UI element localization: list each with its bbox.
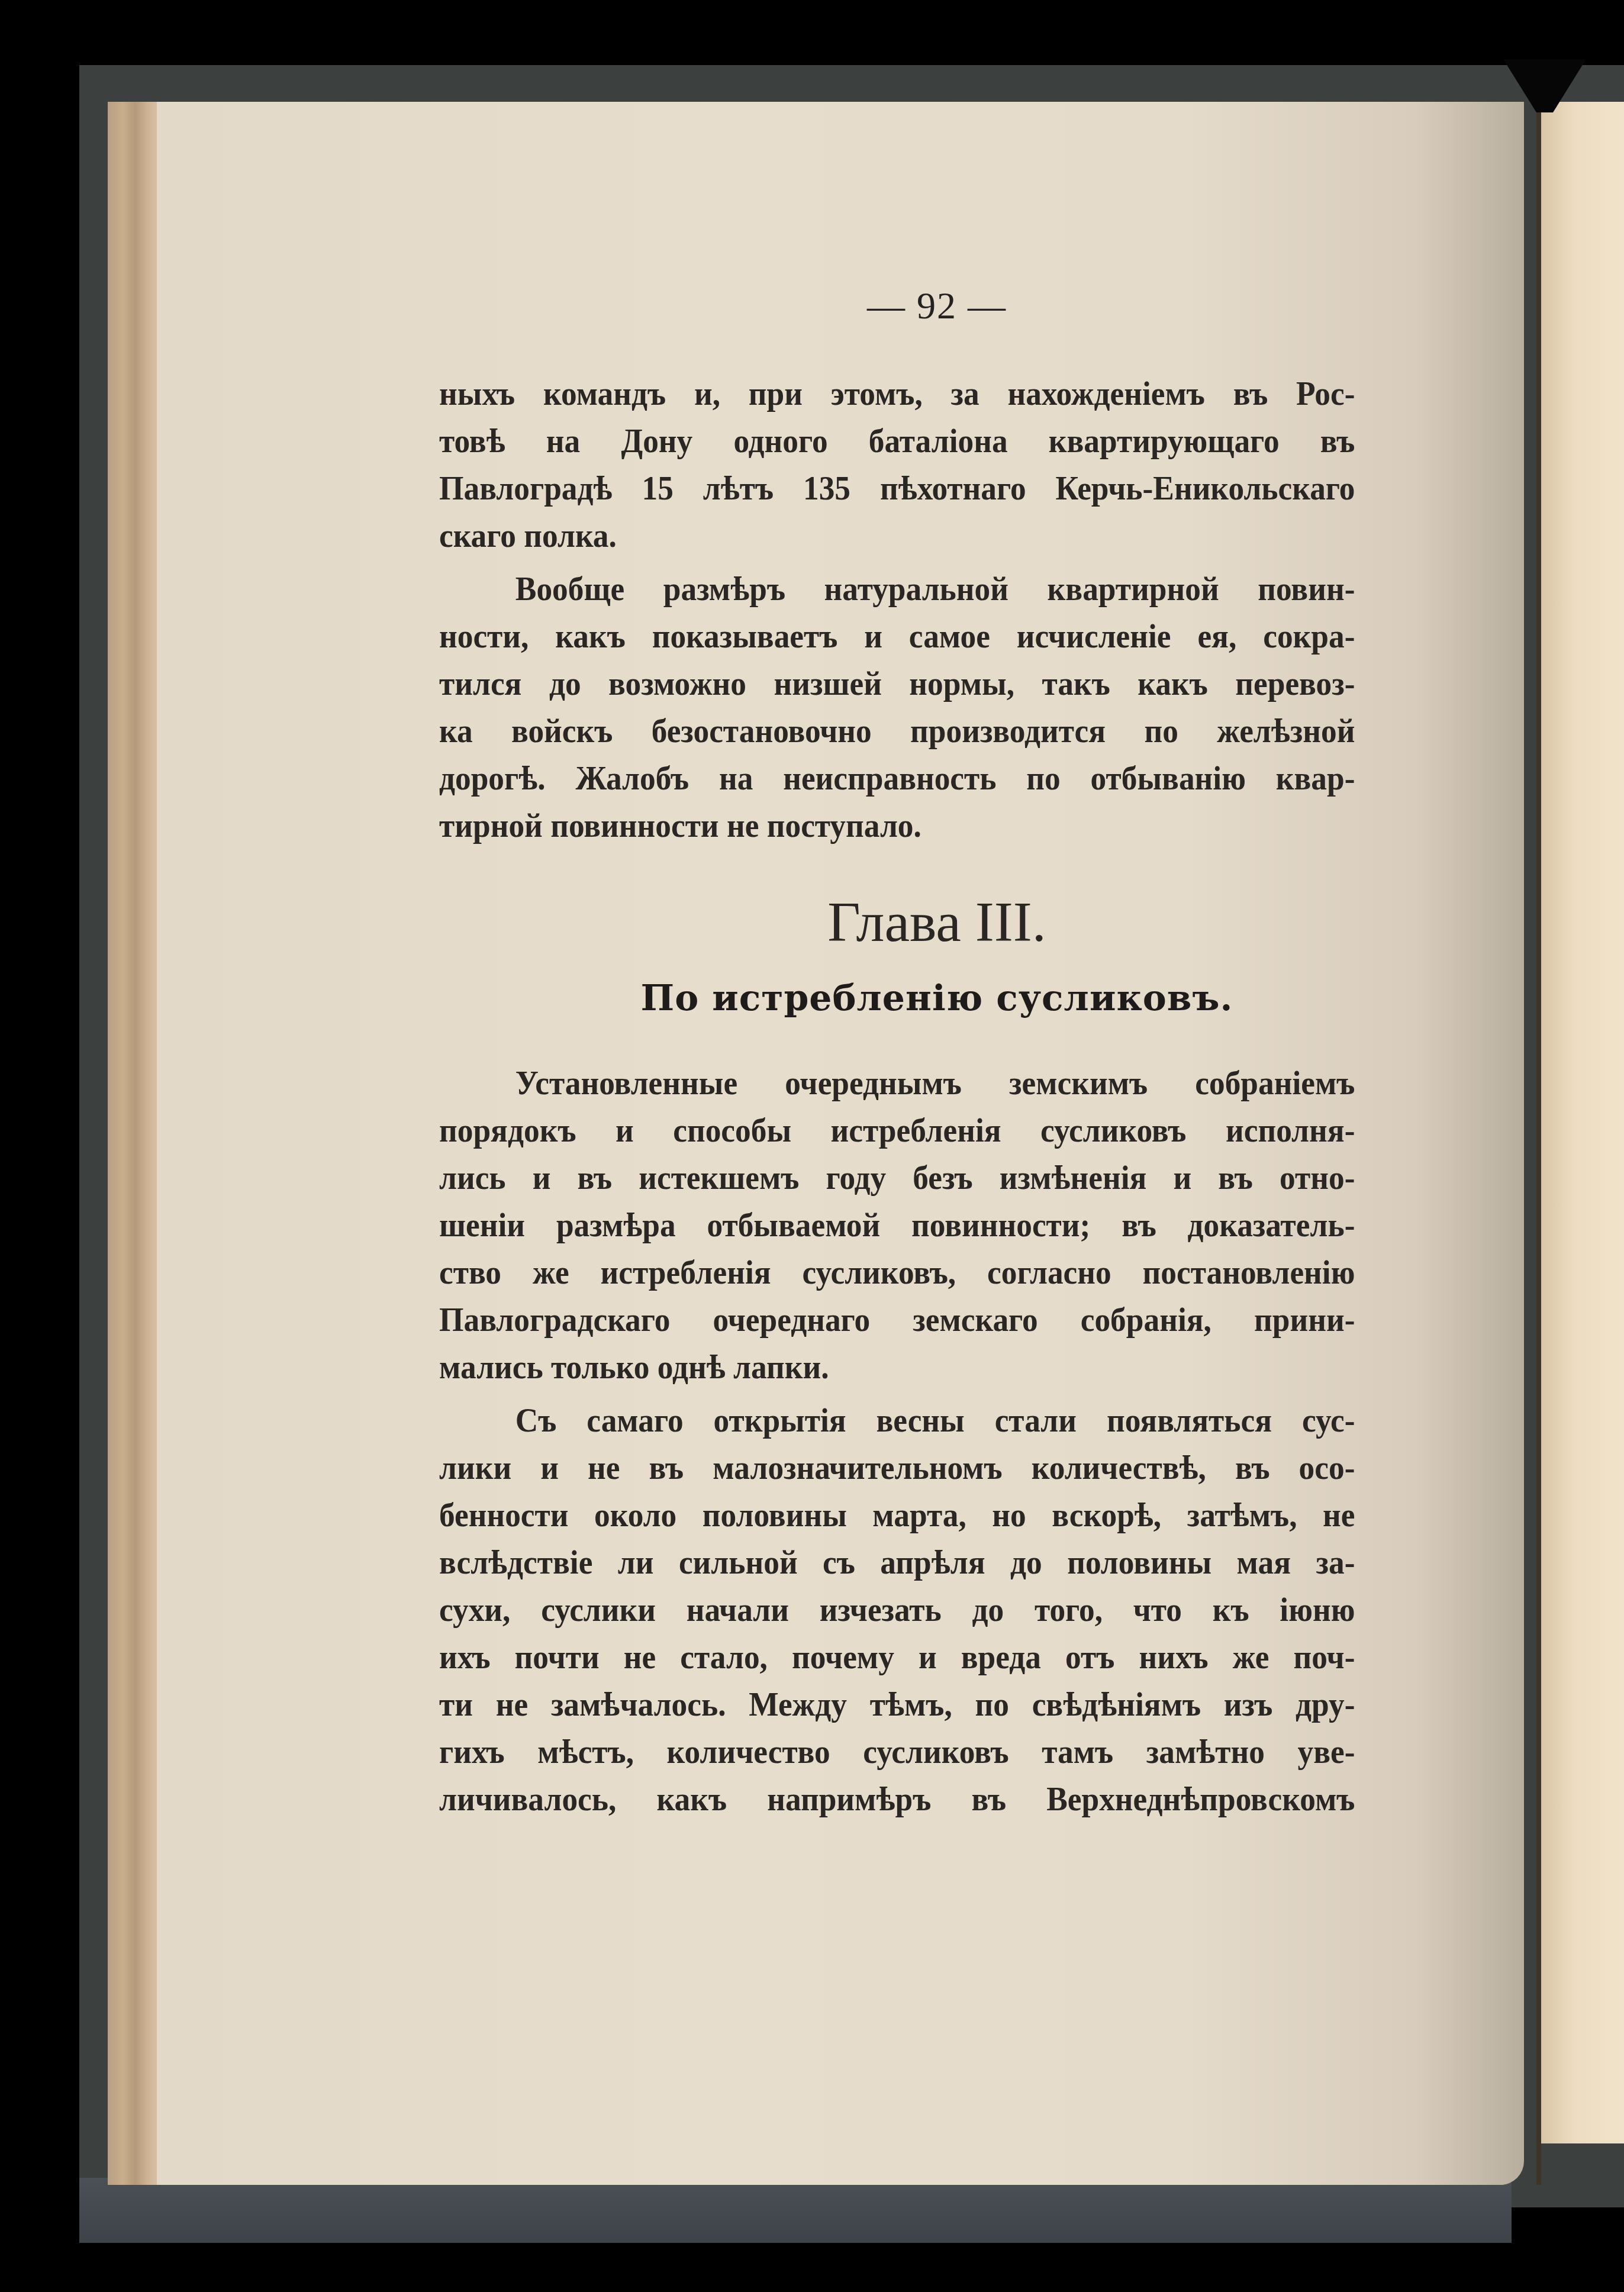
book-cover-bottom-edge [79,2178,1512,2243]
book-gutter [1536,108,1541,2185]
text-line: вслѣдствіе ли сильной съ апрѣля до полов… [439,1542,1355,1583]
text-line: лики и не въ малозначительномъ количеств… [439,1447,1355,1488]
text-line: порядокъ и способы истребленія сусликовъ… [439,1110,1355,1151]
text-line: ство же истребленія сусликовъ, согласно … [439,1252,1355,1293]
text-line: гихъ мѣстъ, количество сусликовъ тамъ за… [439,1731,1355,1772]
text-line: личивалось, какъ напримѣръ въ Верхнеднѣп… [439,1778,1355,1820]
text-line: Установленные очереднымъ земскимъ собран… [439,1062,1355,1104]
text-line: дорогѣ. Жалобъ на неисправность по отбыв… [439,757,1355,799]
text-line: Павлоградскаго очереднаго земскаго собра… [439,1299,1355,1340]
text-line: тирной повинности не поступало. [439,805,1355,846]
text-line: мались только однѣ лапки. [439,1346,1355,1388]
text-line: ка войскъ безостановочно производится по… [439,710,1355,752]
text-line: лись и въ истекшемъ году безъ измѣненія … [439,1157,1355,1198]
text-line: ти не замѣчалось. Между тѣмъ, по свѣдѣні… [439,1684,1355,1725]
text-line: товѣ на Дону одного баталіона квартирующ… [439,420,1355,462]
text-line: сухи, суслики начали изчезать до того, ч… [439,1589,1355,1630]
text-line: ности, какъ показываетъ и самое исчислен… [439,615,1355,657]
text-line: Вообще размѣръ натуральной квартирной по… [439,568,1355,610]
text-line: Съ самаго открытія весны стали появлятьс… [439,1400,1355,1441]
page-number: — 92 — [439,284,1435,328]
text-line: Павлоградѣ 15 лѣтъ 135 пѣхотнаго Керчь-Е… [439,468,1355,509]
text-line: скаго полка. [439,515,1355,556]
text-line: ихъ почти не стало, почему и вреда отъ н… [439,1636,1355,1678]
chapter-subtitle: По истребленію сусликовъ. [439,978,1435,1019]
text-line: шеніи размѣра отбываемой повинности; въ … [439,1204,1355,1246]
text-line: ныхъ командъ и, при этомъ, за нахожденіе… [439,373,1355,414]
text-line: тился до возможно низшей нормы, такъ как… [439,663,1355,704]
chapter-title: Глава III. [439,889,1435,955]
right-page-sliver [1541,102,1624,2143]
text-line: бенности около половины марта, но вскорѣ… [439,1494,1355,1536]
page-edges-stack [108,102,158,2185]
